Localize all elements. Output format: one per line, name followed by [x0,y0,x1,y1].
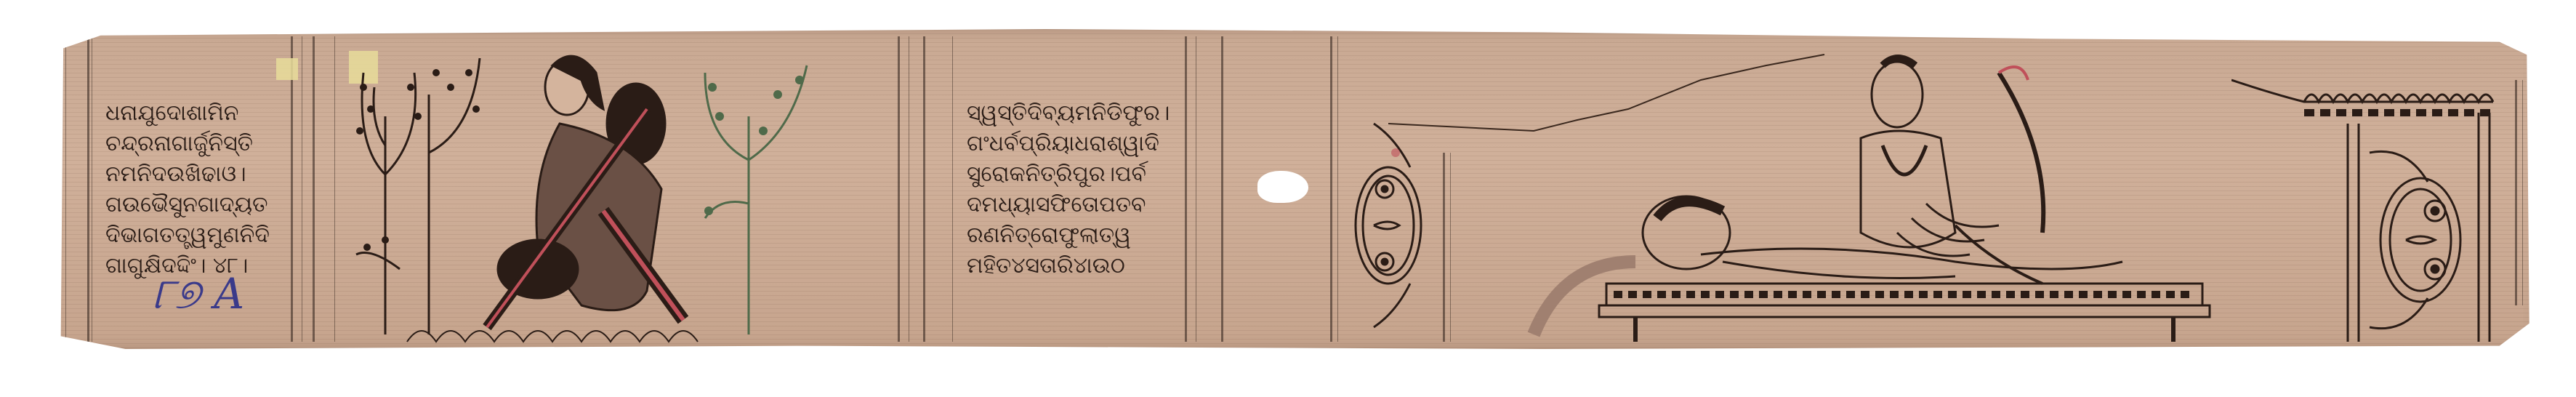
border-rule [87,36,89,342]
text-line: ରଣନିତ୍ରୋଫୁଲାତ୍ୱ [967,220,1170,251]
text-line: ମହିତ୪ସତାରି୪ାଉଠ [967,251,1170,281]
text-line: ଦିଭାଗତତ୍ତ୍ୱମୁଣନିଦି [105,220,270,251]
text-line: ଚନ୍ଦ୍ରନାଗାର୍ଜୁନିସ୍ତି [105,129,270,159]
musician-illustration [342,29,858,349]
border-rule [313,36,315,342]
border-rule [92,36,92,342]
reclining-couple-illustration [1519,44,2319,349]
center-text-block: ସ୍ୱସ୍ତିଦିବ୍ୟମନିଡିଫୁର। ଗଂଧର୍ବପ୍ରିୟାଧରାଶ୍ୱ… [967,98,1170,281]
text-line: ଗଉଭୈସୁନଗାଦ୍ୟତ [105,190,270,220]
border-rule [1443,153,1445,342]
palm-leaf: ଧନାଯୁଦୋଶାମିନ ଚନ୍ଦ୍ରନାଗାର୍ଜୁନିସ୍ତି ନମନିଦଉ… [51,29,2537,349]
jagannath-face-right [2231,73,2537,349]
margin-note: ୮୭ A [153,269,244,319]
border-rule [952,36,953,342]
border-rule [2515,80,2517,305]
text-line: ଧନାଯୁଦୋଶାମିନ [105,98,270,129]
border-rule [291,36,293,342]
text-line: ସୁରୋକନିତ୍ରିପୁର।ପର୍ବ [967,159,1170,190]
border-rule [923,36,925,342]
border-rule [1337,36,1338,342]
border-rule [1330,36,1332,342]
border-rule [1221,36,1223,342]
border-rule [1185,36,1187,342]
string-hole [1257,171,1308,203]
left-text-block: ଧନାଯୁଦୋଶାମିନ ଚନ୍ଦ୍ରନାଗାର୍ଜୁନିସ୍ତି ନମନିଦଉ… [105,98,270,281]
border-rule [1196,36,1196,342]
text-line: ଦମଧ୍ୟାସଫିତୋପତବ [967,190,1170,220]
text-line: ଗଂଧର୍ବପ୍ରିୟାଧରାଶ୍ୱାଦି [967,129,1170,159]
gilt-fleck [276,58,298,80]
border-rule [898,36,900,342]
border-rule [65,36,66,342]
border-rule [909,36,909,342]
border-rule [302,36,302,342]
text-line: ସ୍ୱସ୍ତିଦିବ୍ୟମନିଡିଫୁର। [967,98,1170,129]
text-line: ନମନିଦଉଖିଢାଓ। [105,159,270,190]
border-rule [334,36,335,342]
border-rule [1450,153,1451,342]
border-rule [2522,80,2523,305]
